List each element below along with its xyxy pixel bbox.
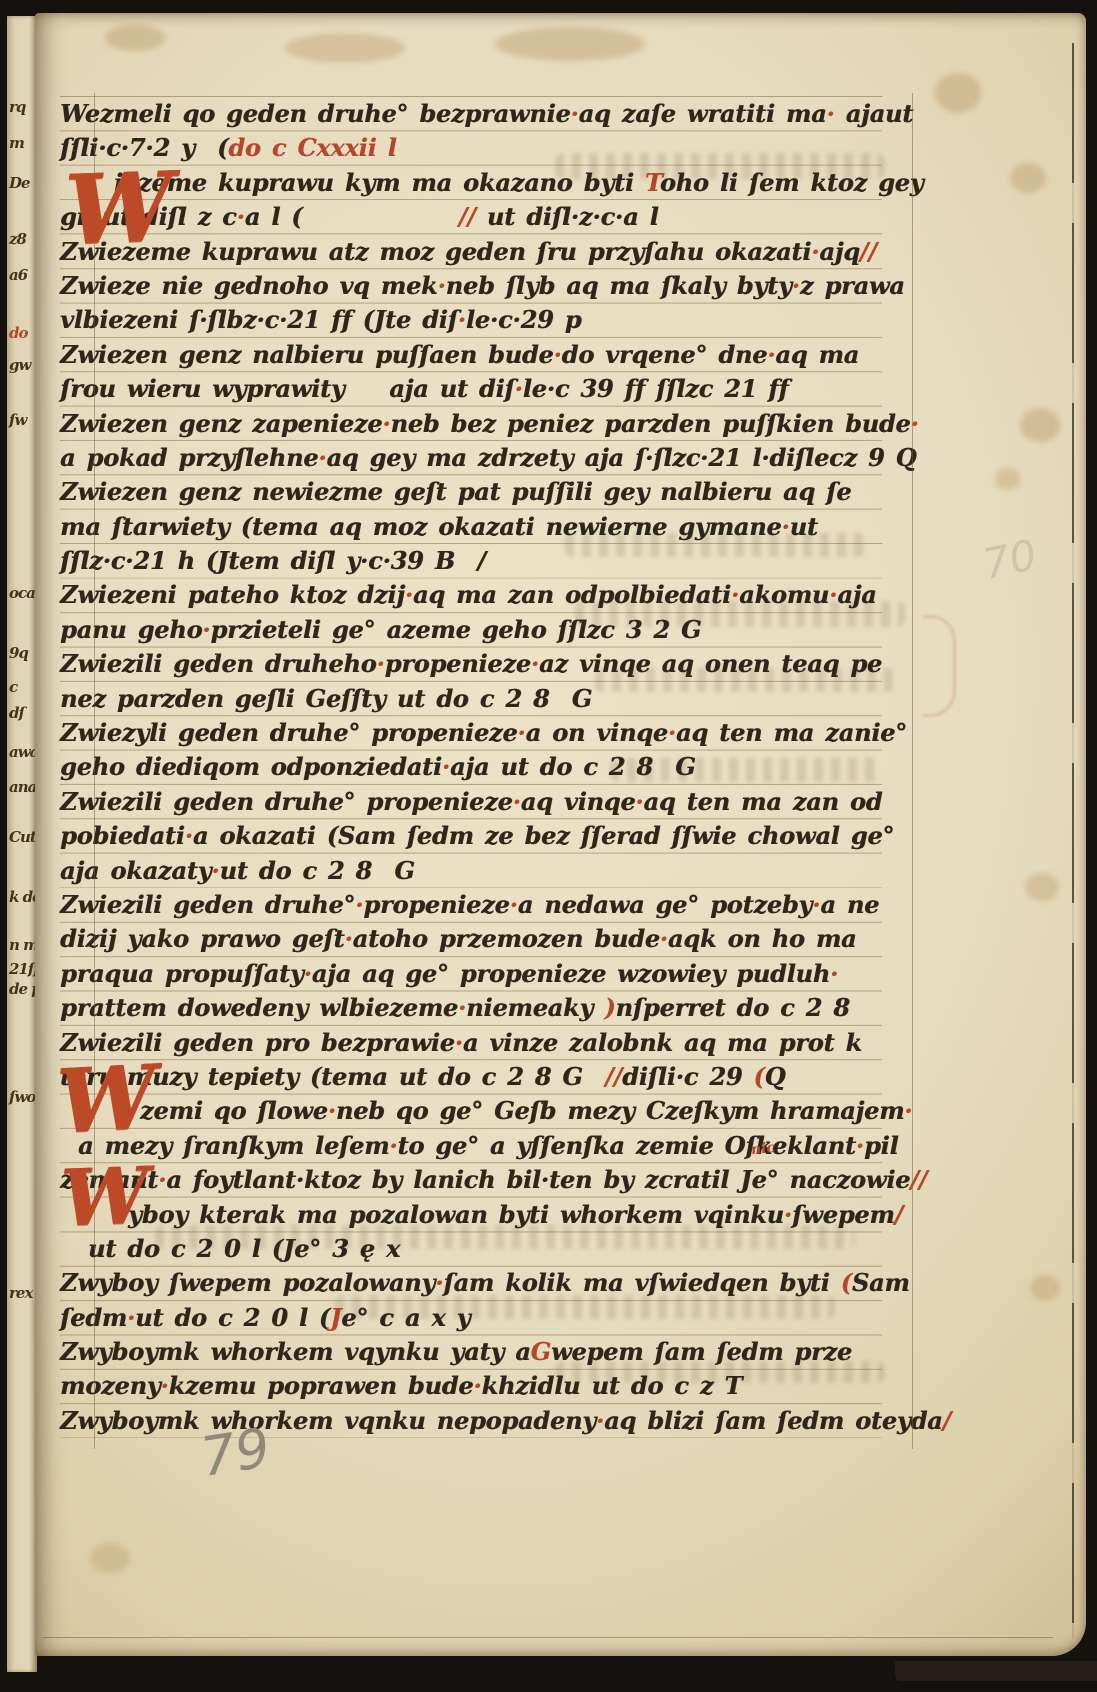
ink-segment: aq gey ma zdrzety aja ſ·ſlzc·21 l·diſlec… (326, 443, 916, 472)
ink-segment: ſam kolik ma vſwiedqen byti (443, 1268, 840, 1297)
fore-edge-text-fragment: rq (9, 98, 25, 116)
ink-segment: aqk on ho ma (668, 924, 857, 953)
ink-segment: Zwyboymk whorkem vqynku yaty a (60, 1337, 531, 1366)
foxing-spot (1025, 873, 1059, 901)
rubric-segment: · (185, 821, 193, 850)
rubric-segment: · (781, 512, 789, 541)
ink-segment: Zwiezili geden druhe° propenieze (60, 787, 513, 816)
manuscript-line: Zwiezeme kuprawu atz moz geden ſru przyſ… (60, 235, 882, 269)
rubric-segment: · (211, 856, 219, 885)
ink-segment: to ge° a yſſenſka zemie Oſkeklant (397, 1131, 855, 1160)
manuscript-line: Zwiezen genz newiezme geſt pat puſſili g… (60, 475, 882, 509)
manuscript-line: pobiedati·a okazati (Sam ſedm ze bez ſſe… (60, 819, 882, 853)
rubric-segment: / (895, 1200, 904, 1229)
ink-segment: Zwiezen genz newiezme geſt pat puſſili g… (60, 477, 851, 506)
rubric-segment: · (304, 959, 312, 988)
ink-segment: a vinze zalobnk aq ma prot k (463, 1028, 862, 1057)
manuscript-line: zemi qo ſlowe·neb qo ge° Geſb mezy Czeſk… (60, 1094, 882, 1128)
ink-segment: propenieze (385, 649, 531, 678)
ink-segment: Zwiezeni pateho ktoz dzij (60, 580, 405, 609)
foxing-spot (90, 1543, 130, 1573)
ink-segment: nſperret do c 2 8 (616, 993, 850, 1022)
ink-segment: le·c·29 p (466, 305, 581, 334)
ink-segment: Zwiezili geden druhe° (60, 890, 355, 919)
rubric-segment: · (376, 649, 384, 678)
ink-segment: nez parzden geſli Geſſty ut do c 2 8 G (60, 684, 592, 713)
ink-segment: a pokad przyſlehne (60, 443, 318, 472)
rubric-segment: ( (841, 1268, 852, 1297)
fore-edge-text-fragment: Cut (9, 828, 36, 846)
margin-number-pencil: 70 (978, 530, 1040, 589)
ink-segment: Zwyboymk whorkem vqnku nepopadeny (60, 1406, 596, 1435)
ink-segment: z prawa (800, 271, 905, 300)
fore-edge-text-fragment: ſwo (9, 1088, 35, 1106)
ink-segment: ma ſtarwiety (tema aq moz okazati newier… (60, 512, 781, 541)
manuscript-line: vlbiezeni ſ·ſlbz·c·21 ff (Jte diſ·le·c·2… (60, 303, 882, 337)
manuscript-line: zenlant·a foytlant·ktoz by lanich bil·te… (60, 1163, 882, 1197)
ink-segment: aja ut do c 2 8 G (450, 752, 696, 781)
manuscript-line: Zwyboy ſwepem pozalowany·ſam kolik ma vſ… (60, 1266, 882, 1300)
fore-edge-text-fragment: awa (9, 743, 38, 761)
manuscript-line: ut do c 2 0 l (Je° 3 ę x (60, 1232, 882, 1266)
foxing-spot (995, 468, 1021, 490)
manuscript-line: Zwiezili geden druhe° propenieze·aq vinq… (60, 785, 882, 819)
rubric-segment: // (459, 202, 476, 231)
manuscript-line: gil·ut diſl z c·a l ( // ut diſl·z·c·a l (60, 200, 882, 234)
rubric-segment: G (531, 1337, 551, 1366)
foxing-spot (1010, 163, 1046, 193)
ink-segment: aja okazaty (60, 856, 211, 885)
ink-segment: Zwyboy ſwepem pozalowany (60, 1268, 435, 1297)
fore-edge-text-fragment: do (9, 324, 28, 342)
manuscript-line: Wezmeli qo geden druhe° bezprawnie·aq za… (60, 97, 882, 131)
ink-segment: aq vinqe (521, 787, 636, 816)
ink-segment: ſrou wieru wyprawity aja ut diſ (60, 374, 515, 403)
ink-segment: az vinqe aq onen teaq pe (539, 649, 882, 678)
rubric-segment: · (531, 649, 539, 678)
ink-segment: atoho przemozen bude (353, 924, 660, 953)
rubric-segment: · (473, 1371, 481, 1400)
ink-segment: yboy kterak ma pozalowan byti whorkem vq… (128, 1200, 784, 1229)
ink-segment: a okazati (Sam ſedm ze bez ſſerad ſſwie … (193, 821, 894, 850)
ink-segment: ſſlz·c·21 h (Jtem diſl y·c·39 B / (60, 546, 486, 575)
manuscript-line: panu geho·przieteli ge° azeme geho ſſlzc… (60, 613, 882, 647)
ink-segment: Zwiezyli geden druhe° propenieze (60, 718, 517, 747)
rubric-segment: J (330, 1303, 341, 1332)
ink-segment: propenieze (363, 890, 509, 919)
ink-segment: prattem dowedeny wlbiezeme (60, 993, 458, 1022)
manuscript-line: Zwiezili geden druheho·propenieze·az vin… (60, 647, 882, 681)
rubric-segment: · (237, 202, 245, 231)
rubric-segment: · (344, 924, 352, 953)
rubric-segment: · (455, 1028, 463, 1057)
ink-segment: akomu (739, 580, 829, 609)
rubric-segment: · (856, 1131, 864, 1160)
ink-segment: aja aq ge° propenieze wzowiey pudluh (312, 959, 830, 988)
manuscript-line: yboy kterak ma pozalowan byti whorkem vq… (60, 1198, 882, 1232)
rubricated-initial-W: W (63, 159, 174, 259)
ink-segment: ut do c 2 8 G (220, 856, 415, 885)
ink-segment: ſwepem (792, 1200, 895, 1229)
ink-segment: do vrqene° dne (562, 340, 768, 369)
fore-edge-text-fragment: ſw (9, 411, 26, 429)
ink-segment: a foytlant·ktoz by lanich bil·ten by zcr… (166, 1165, 910, 1194)
rubric-segment: · (660, 924, 668, 953)
under-page-edge (895, 1661, 1097, 1681)
rubric-segment: T (645, 168, 660, 197)
rubric-segment: · (784, 1200, 792, 1229)
rubric-segment: · (553, 340, 561, 369)
foxing-spot (1030, 1275, 1060, 1301)
rubric-segment: · (635, 787, 643, 816)
rubric-segment: do c Cxxxii l (228, 133, 396, 162)
manuscript-line: Zwyboymk whorkem vqynku yaty aGwepem ſam… (60, 1335, 882, 1369)
ink-segment: aq ma zan odpolbiedati (413, 580, 731, 609)
manuscript-line: dizij yako prawo geſt·atoho przemozen bu… (60, 922, 882, 956)
ink-segment: ajaut (835, 99, 913, 128)
ink-segment: kzemu poprawen bude (169, 1371, 474, 1400)
ink-segment: a l ( (245, 202, 459, 231)
ink-segment: aq ten ma zan od (644, 787, 883, 816)
manuscript-line: Zwiezeni pateho ktoz dzij·aq ma zan odpo… (60, 578, 882, 612)
rubric-segment: // (860, 237, 877, 266)
rubric-segment: · (513, 787, 521, 816)
rubric-segment: / (943, 1406, 952, 1435)
manuscript-line: Zwiezen genz nalbieru puſſaen bude·do vr… (60, 338, 882, 372)
ink-segment: Zwieze nie gednoho vq mek (60, 271, 438, 300)
rubric-segment: · (127, 1303, 135, 1332)
rubric-segment: · (442, 752, 450, 781)
manuscript-line: iezeme kuprawu kym ma okazano byti Toho … (60, 166, 882, 200)
fore-edge-text-fragment: z8 (9, 230, 26, 248)
manuscript-line: nez parzden geſli Geſſty ut do c 2 8 G (60, 682, 882, 716)
ink-segment: ut do c 2 0 l ( (135, 1303, 330, 1332)
foxing-spot (105, 25, 165, 51)
ink-segment: Zwiezen genz zapenieze (60, 409, 382, 438)
rubric-segment: ) (604, 993, 615, 1022)
rubric-segment: · (515, 374, 523, 403)
manuscript-line: ma ſtarwiety (tema aq moz okazati newier… (60, 510, 882, 544)
foxing-spot (495, 27, 645, 61)
rubric-segment: · (792, 271, 800, 300)
ink-segment: aq blizi ſam ſedm oteyda (604, 1406, 942, 1435)
rubricated-initial-W: W (60, 1157, 150, 1238)
manuscript-line: Zwieze nie gednoho vq mek·neb ſlyb aq ma… (60, 269, 882, 303)
ink-segment: iezeme kuprawu kym ma okazano byti (114, 168, 645, 197)
ink-segment: wepem ſam ſedm prze (551, 1337, 852, 1366)
ink-segment: aq ma (775, 340, 859, 369)
ink-segment: Q (765, 1062, 786, 1091)
ink-segment: neb ſlyb aq ma ſkaly byty (446, 271, 792, 300)
ink-segment: praqua propuſſaty (60, 959, 304, 988)
ink-segment: aq zaſe wratiti ma (579, 99, 827, 128)
folio-number-pencil: 79 (196, 1416, 274, 1489)
fore-edge-text-fragment: De (9, 174, 30, 192)
ink-segment: przieteli ge° azeme geho ſſlzc 3 2 G (210, 615, 701, 644)
manuscript-line: prattem dowedeny wlbiezeme·niemeaky )nſp… (60, 991, 882, 1025)
ink-segment: e° c a x y (341, 1303, 470, 1332)
ink-segment: dizij yako prawo geſt (60, 924, 344, 953)
manuscript-line: ſſlz·c·21 h (Jtem diſl y·c·39 B / (60, 544, 882, 578)
foxing-spot (935, 73, 981, 113)
ink-segment: oho li ſem ktoz gey (660, 168, 924, 197)
ink-segment: vlbiezeni ſ·ſlbz·c·21 ff (Jte diſ (60, 305, 458, 334)
ink-segment: a on vinqe (526, 718, 668, 747)
ink-segment: ut diſl·z·c·a l (476, 202, 659, 231)
ink-segment: Sam (852, 1268, 910, 1297)
ink-segment: khzidlu ut do c z T (482, 1371, 743, 1400)
rubric-segment: · (510, 890, 518, 919)
ink-segment: Zwiezili geden druheho (60, 649, 376, 678)
page-edge-ink-line (1072, 43, 1074, 1639)
manuscript-line: aja okazaty·ut do c 2 8 G (60, 854, 882, 888)
manuscript-line: ſedm·ut do c 2 0 l (Je° c a x y (60, 1301, 882, 1335)
manuscript-line: Zwiezili geden druhe°·propenieze·a nedaw… (60, 888, 882, 922)
ink-segment: panu geho (60, 615, 202, 644)
ink-segment: niemeaky (466, 993, 604, 1022)
text-block: Wezmeli qo geden druhe° bezprawnie·aq za… (60, 96, 882, 1438)
manuscript-line: teru muzy tepiety (tema ut do c 2 8 G //… (60, 1060, 882, 1094)
rubric-segment: // (605, 1062, 622, 1091)
rubric-segment: · (405, 580, 413, 609)
manuscript-line: geho diediqom odponziedati·aja ut do c 2… (60, 750, 882, 784)
rubric-segment: ( (754, 1062, 765, 1091)
ink-segment: neb qo ge° Geſb mezy Czeſkym hramajem (336, 1096, 904, 1125)
ink-segment: pobiedati (60, 821, 185, 850)
manuscript-line: praqua propuſſaty·aja aq ge° propenieze … (60, 957, 882, 991)
rubric-segment: · (458, 305, 466, 334)
ink-segment: ut (790, 512, 818, 541)
ink-segment: neb bez peniez parzden puſſkien bude (390, 409, 910, 438)
fore-edge-text-fragment: oca (9, 584, 35, 602)
rubric-segment: · (668, 718, 676, 747)
fore-edge-text-fragment: c (9, 678, 17, 696)
manuscript-line: Zwiezili geden pro bezprawie·a vinze zal… (60, 1026, 882, 1060)
rubric-segment: · (571, 99, 579, 128)
rubric-segment: · (328, 1096, 336, 1125)
manuscript-line: Zwiezen genz zapenieze·neb bez peniez pa… (60, 407, 882, 441)
ink-segment: mozeny (60, 1371, 161, 1400)
ink-segment: diſli·c 29 (622, 1062, 753, 1091)
fore-edge-text-fragment: dſ (9, 704, 24, 722)
ink-segment: geho diediqom odponziedati (60, 752, 442, 781)
manuscript-line: Zwiezyli geden druhe° propenieze·a on vi… (60, 716, 882, 750)
foxing-spot (285, 33, 405, 63)
ink-segment: le·c 39 ff ſſlzc 21 ff (523, 374, 789, 403)
manuscript-line: a pokad przyſlehne·aq gey ma zdrzety aja… (60, 441, 882, 475)
manuscript-line: ſrou wieru wyprawity aja ut diſ·le·c 39 … (60, 372, 882, 406)
ink-segment: Wezmeli qo geden druhe° bezprawnie (60, 99, 571, 128)
rubric-segment: · (458, 993, 466, 1022)
manuscript-line: Zwyboymk whorkem vqnku nepopadeny·aq bli… (60, 1404, 882, 1438)
rubricated-initial-W: W (55, 1052, 158, 1145)
fore-edge-text-fragment: gw (9, 356, 30, 374)
ink-segment: aja (837, 580, 876, 609)
rubric-segment: · (826, 99, 834, 128)
ink-segment: aq ten ma zanie° (676, 718, 907, 747)
rubric-segment: · (161, 1371, 169, 1400)
bottom-rule (43, 1637, 1053, 1638)
rubric-segment: · (731, 580, 739, 609)
rubric-segment: · (517, 718, 525, 747)
ink-segment: a nedawa ge° potzeby (518, 890, 812, 919)
right-bounding-rule (912, 93, 913, 1449)
rubric-segment: · (596, 1406, 604, 1435)
manuscript-line: mozeny·kzemu poprawen bude·khzidlu ut do… (60, 1369, 882, 1403)
ink-segment: Zwiezen genz nalbieru puſſaen bude (60, 340, 553, 369)
ink-segment: pil (864, 1131, 898, 1160)
fore-edge-text-fragment: 9q (9, 644, 28, 662)
red-offset-smudge (923, 615, 956, 717)
fore-edge-leaves: rqmDez8a6dogwſwoca9qcdſawaanaCutk don ma… (7, 16, 37, 1672)
ink-segment: ajq (819, 237, 859, 266)
fore-edge-text-fragment: rex (9, 1284, 32, 1302)
fore-edge-text-fragment: a6 (9, 266, 27, 284)
foxing-spot (1020, 408, 1060, 442)
ink-segment: a ne (820, 890, 879, 919)
manuscript-page: Wezmeli qo geden druhe° bezprawnie·aq za… (35, 13, 1086, 1656)
rubric-segment: · (830, 959, 838, 988)
manuscript-line: ſſli·c·7·2 y (do c Cxxxii l (60, 131, 882, 165)
ink-segment: zemi qo ſlowe (140, 1096, 328, 1125)
fore-edge-text-fragment: ana (9, 778, 36, 796)
left-bounding-rule (94, 93, 95, 1449)
rubric-segment: · (438, 271, 446, 300)
interlinear-gloss: nic (750, 1140, 776, 1158)
fore-edge-text-fragment: m (9, 134, 24, 152)
